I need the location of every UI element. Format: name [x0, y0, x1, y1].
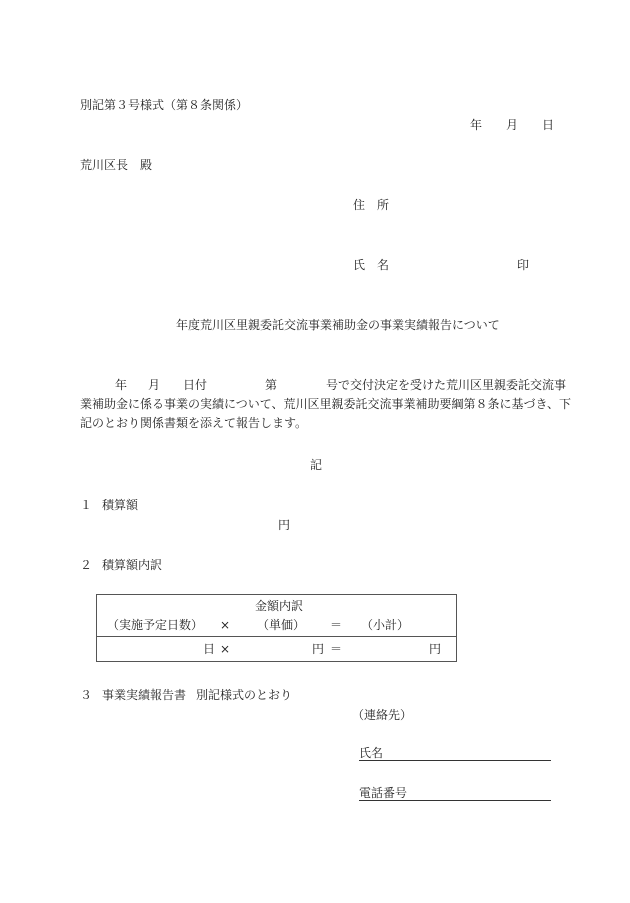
contact-phone-field[interactable]: 電話番号: [359, 786, 551, 801]
body-day-dated: 日付: [183, 376, 207, 395]
contact-heading: （連絡先）: [352, 708, 412, 722]
contact-name-field[interactable]: 氏名: [359, 746, 551, 761]
date-year-label: 年: [470, 118, 482, 132]
document-title: 年度荒川区里親委託交流事業補助金の事業実績報告について: [176, 318, 500, 332]
section1-unit: 円: [278, 518, 290, 532]
date-month-label: 月: [506, 118, 518, 132]
ki-heading: 記: [310, 458, 322, 472]
body-line3: 記のとおり関係書類を添えて報告します。: [80, 414, 560, 433]
table-header-times: ×: [220, 618, 230, 632]
contact-phone-label: 電話番号: [359, 786, 407, 800]
seal-mark: 印: [517, 258, 529, 272]
address-label: 住 所: [353, 198, 389, 212]
table-row-days-unit: 日: [203, 642, 215, 656]
body-line1-rest: 号で交付決定を受けた荒川区里親委託交流事: [326, 376, 566, 395]
table-row-equals: ＝: [330, 642, 342, 656]
breakdown-table: 金額内訳 （実施予定日数） × （単価） ＝ （小計） 日 × 円 ＝ 円: [96, 594, 457, 662]
body-line2: 業補助金に係る事業の実績について、荒川区里親委託交流事業補助要綱第８条に基づき、…: [80, 395, 560, 414]
date-day-label: 日: [542, 118, 554, 132]
table-header-subtotal: （小計）: [361, 618, 409, 632]
section1-label: 積算額: [102, 498, 138, 512]
body-month: 月: [148, 376, 160, 395]
table-divider: [97, 636, 456, 637]
table-row-times: ×: [220, 642, 230, 656]
table-header-unit-price: （単価）: [257, 618, 305, 632]
form-label: 別記第３号様式（第８条関係）: [80, 98, 248, 112]
name-label: 氏 名: [353, 258, 389, 272]
table-row-subtotal-unit: 円: [429, 642, 441, 656]
body-paragraph: 年 月 日付 第 号で交付決定を受けた荒川区里親委託交流事 業補助金に係る事業の…: [80, 376, 560, 433]
section2-label: 積算額内訳: [102, 558, 162, 572]
addressee: 荒川区長 殿: [80, 158, 152, 172]
body-dai: 第: [265, 376, 277, 395]
table-header-title: 金額内訳: [255, 599, 303, 613]
body-year: 年: [115, 376, 127, 395]
section3-number: ３: [80, 688, 92, 702]
section2-number: ２: [80, 558, 92, 572]
contact-name-label: 氏名: [359, 746, 383, 760]
section3-label: 事業実績報告書: [102, 688, 186, 702]
table-header-equals: ＝: [330, 618, 342, 632]
table-header-days: （実施予定日数）: [107, 618, 203, 632]
table-row-price-unit: 円: [312, 642, 324, 656]
section3-note: 別記様式のとおり: [196, 688, 292, 702]
section1-number: １: [80, 498, 92, 512]
